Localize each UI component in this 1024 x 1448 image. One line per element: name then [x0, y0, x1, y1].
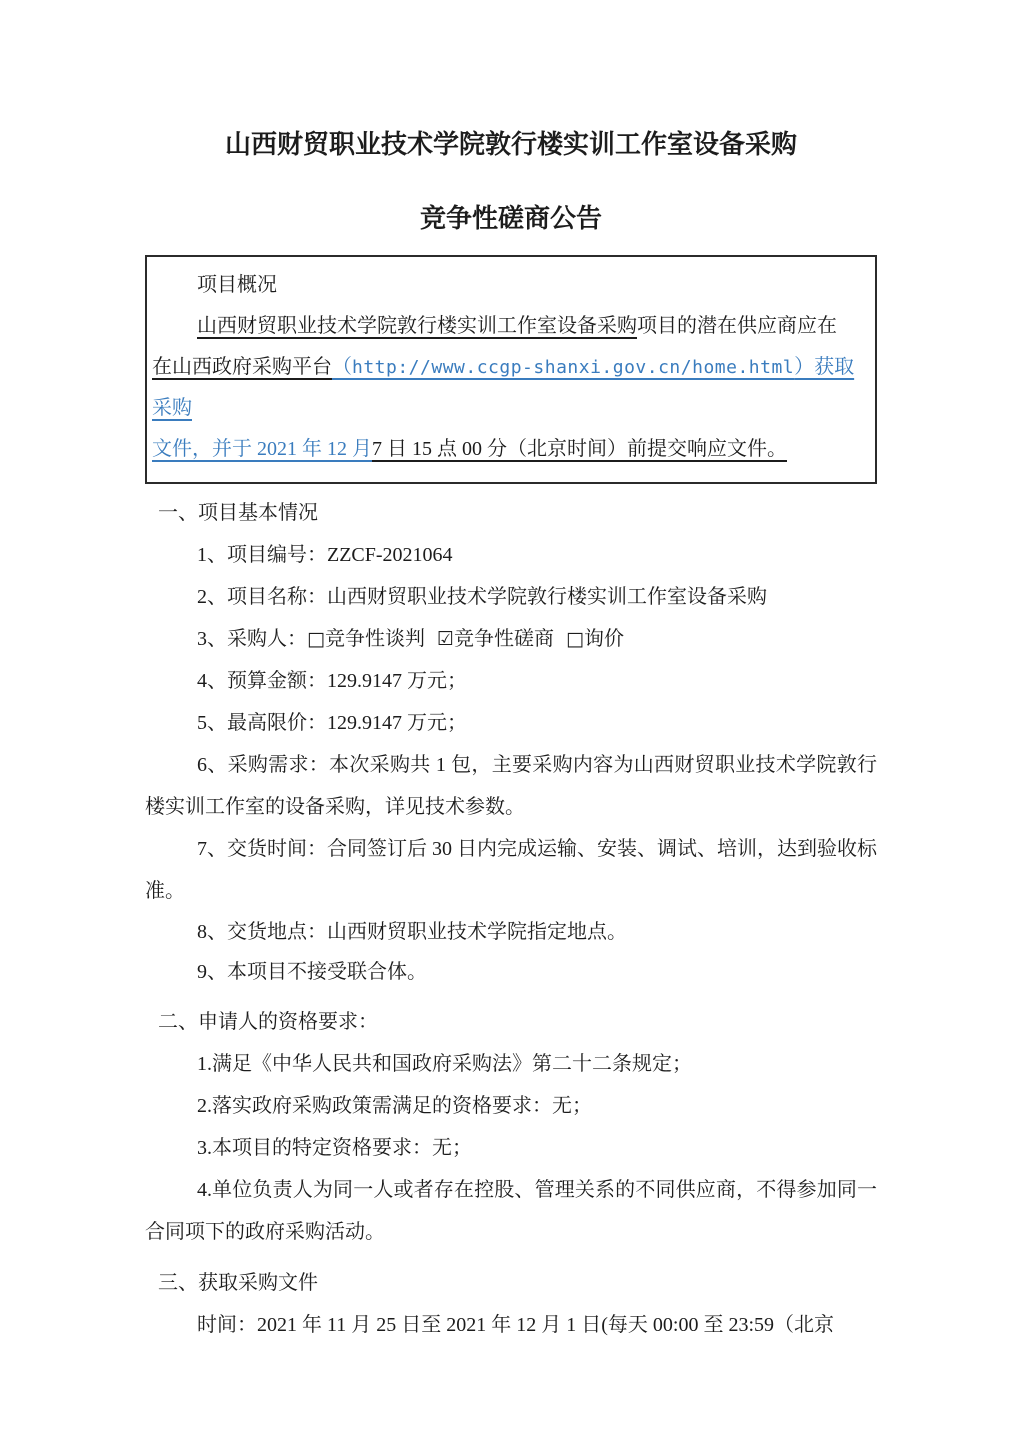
option-inquiry: □询价 — [566, 628, 624, 650]
delivery-place-item: 8、交货地点：山西财贸职业技术学院指定地点。 — [145, 912, 877, 952]
document-content: 山西财贸职业技术学院敦行楼实训工作室设备采购 竞争性磋商公告 项目概况 山西财贸… — [145, 0, 877, 1346]
qualification-item-3: 3.本项目的特定资格要求：无； — [145, 1127, 877, 1169]
no-consortium-item: 9、本项目不接受联合体。 — [145, 952, 877, 992]
option-label: 询价 — [584, 628, 624, 650]
qualification-item-2: 2.落实政府采购政策需满足的资格要求：无； — [145, 1085, 877, 1127]
document-title: 山西财贸职业技术学院敦行楼实训工作室设备采购 — [145, 128, 877, 162]
project-overview-box: 项目概况 山西财贸职业技术学院敦行楼实训工作室设备采购项目的潜在供应商应在 在山… — [145, 255, 877, 484]
checkbox-unchecked-icon: □ — [566, 628, 584, 650]
purchase-method-label: 3、采购人： — [197, 628, 307, 650]
section1-heading: 一、项目基本情况 — [145, 492, 877, 534]
checkbox-unchecked-icon: □ — [307, 628, 325, 650]
option-label: 竞争性谈判 — [325, 628, 425, 650]
overview-deadline-black: 7 日 15 点 00 分（北京时间）前提交响应文件。 — [372, 438, 787, 460]
section2-heading: 二、申请人的资格要求： — [145, 1001, 877, 1043]
overview-line-3: 文件，并于 2021 年 12 月7 日 15 点 00 分（北京时间）前提交响… — [152, 429, 870, 470]
option-label: 竞争性磋商 — [454, 628, 554, 650]
overview-platform-text: 在山西政府采购平台 — [152, 356, 332, 378]
procurement-demand-item: 6、采购需求：本次采购共 1 包，主要采购内容为山西财贸职业技术学院敦行楼实训工… — [145, 744, 877, 828]
project-number-item: 1、项目编号：ZZCF-2021064 — [145, 534, 877, 576]
qualification-item-1: 1.满足《中华人民共和国政府采购法》第二十二条规定； — [145, 1043, 877, 1085]
overview-line-2: 在山西政府采购平台（http://www.ccgp-shanxi.gov.cn/… — [152, 347, 870, 429]
overview-deadline-blue: 文件，并于 2021 年 12 月 — [152, 438, 372, 460]
section3-heading: 三、获取采购文件 — [145, 1262, 877, 1304]
overview-line-1: 山西财贸职业技术学院敦行楼实训工作室设备采购项目的潜在供应商应在 — [152, 306, 870, 347]
overview-project-name: 山西财贸职业技术学院敦行楼实训工作室设备采购 — [197, 315, 637, 337]
qualification-item-4: 4.单位负责人为同一人或者存在控股、管理关系的不同供应商，不得参加同一合同项下的… — [145, 1169, 877, 1253]
document-acquisition-time: 时间：2021 年 11 月 25 日至 2021 年 12 月 1 日(每天 … — [145, 1304, 877, 1346]
open-paren: （ — [332, 356, 352, 378]
purchase-method-item: 3、采购人：□竞争性谈判☑竞争性磋商□询价 — [145, 618, 877, 660]
document-subtitle: 竞争性磋商公告 — [145, 202, 877, 236]
overview-heading: 项目概况 — [152, 265, 870, 306]
delivery-time-item: 7、交货时间：合同签订后 30 日内完成运输、安装、调试、培训，达到验收标准。 — [145, 828, 877, 912]
max-price-item: 5、最高限价：129.9147 万元； — [145, 702, 877, 744]
checkbox-checked-icon: ☑ — [437, 628, 454, 650]
budget-item: 4、预算金额：129.9147 万元； — [145, 660, 877, 702]
project-name-item: 2、项目名称：山西财贸职业技术学院敦行楼实训工作室设备采购 — [145, 576, 877, 618]
overview-line1-rest: 项目的潜在供应商应在 — [637, 315, 837, 337]
document-page: 山西财贸职业技术学院敦行楼实训工作室设备采购 竞争性磋商公告 项目概况 山西财贸… — [0, 0, 1024, 1448]
procurement-platform-link[interactable]: http://www.ccgp-shanxi.gov.cn/home.html — [352, 357, 794, 378]
option-competitive-negotiation: □竞争性谈判 — [307, 628, 425, 650]
option-competitive-consultation: ☑竞争性磋商 — [437, 628, 554, 650]
